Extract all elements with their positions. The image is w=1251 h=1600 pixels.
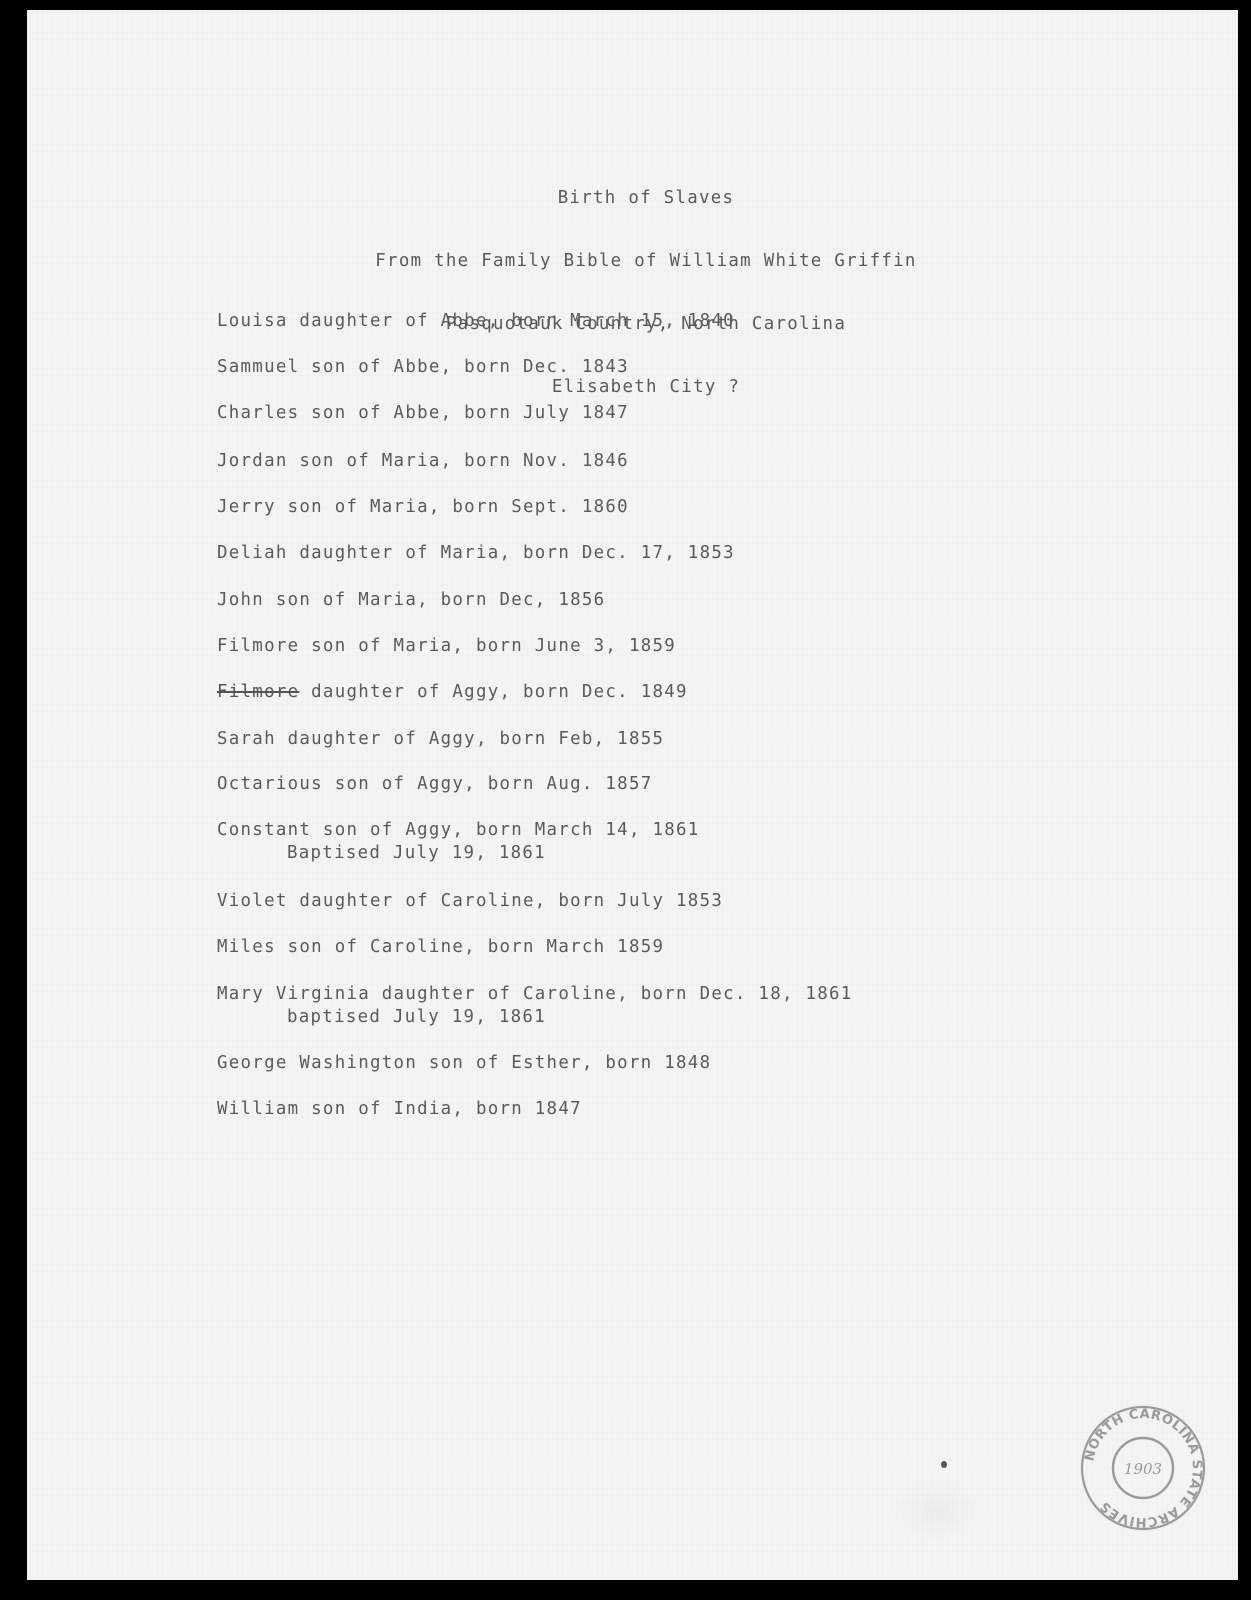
birth-record: Deliah daughter of Maria, born Dec. 17, …: [217, 542, 735, 565]
birth-record: Mary Virginia daughter of Caroline, born…: [217, 983, 853, 1029]
birth-record: Jerry son of Maria, born Sept. 1860: [217, 496, 629, 519]
birth-record: Constant son of Aggy, born March 14, 186…: [217, 819, 700, 865]
scanned-page: Birth of Slaves From the Family Bible of…: [27, 10, 1238, 1580]
stamp-year: 1903: [1124, 1460, 1162, 1478]
birth-record: Jordan son of Maria, born Nov. 1846: [217, 450, 629, 473]
birth-record: Violet daughter of Caroline, born July 1…: [217, 890, 723, 913]
document-subtitle: From the Family Bible of William White G…: [27, 250, 1251, 273]
birth-record: Sarah daughter of Aggy, born Feb, 1855: [217, 728, 664, 751]
ink-dot: [941, 1461, 947, 1468]
document-header: Birth of Slaves From the Family Bible of…: [27, 147, 1251, 439]
birth-record: Filmore daughter of Aggy, born Dec. 1849: [217, 681, 688, 704]
birth-record: Octarious son of Aggy, born Aug. 1857: [217, 773, 653, 796]
baptism-note: baptised July 19, 1861: [217, 1006, 853, 1029]
document-title: Birth of Slaves: [27, 187, 1251, 210]
birth-record-list: Louisa daughter of Abbe, born March 15, …: [217, 310, 264, 690]
birth-record: George Washington son of Esther, born 18…: [217, 1052, 711, 1075]
struck-out-name: Filmore: [217, 682, 299, 702]
birth-record: Charles son of Abbe, born July 1847: [217, 402, 629, 425]
document-city: Elisabeth City ?: [27, 376, 1251, 399]
birth-record: Sammuel son of Abbe, born Dec. 1843: [217, 356, 629, 379]
birth-record: Miles son of Caroline, born March 1859: [217, 936, 664, 959]
birth-record: John son of Maria, born Dec, 1856: [217, 589, 605, 612]
birth-record: William son of India, born 1847: [217, 1098, 582, 1121]
baptism-note: Baptised July 19, 1861: [217, 842, 700, 865]
scan-smudge: [897, 1480, 977, 1540]
birth-record: Louisa daughter of Abbe, born March 15, …: [217, 310, 735, 333]
birth-record: Filmore son of Maria, born June 3, 1859: [217, 635, 676, 658]
archives-stamp-icon: NORTH CAROLINA STATE ARCHIVES 1903: [1079, 1404, 1207, 1532]
